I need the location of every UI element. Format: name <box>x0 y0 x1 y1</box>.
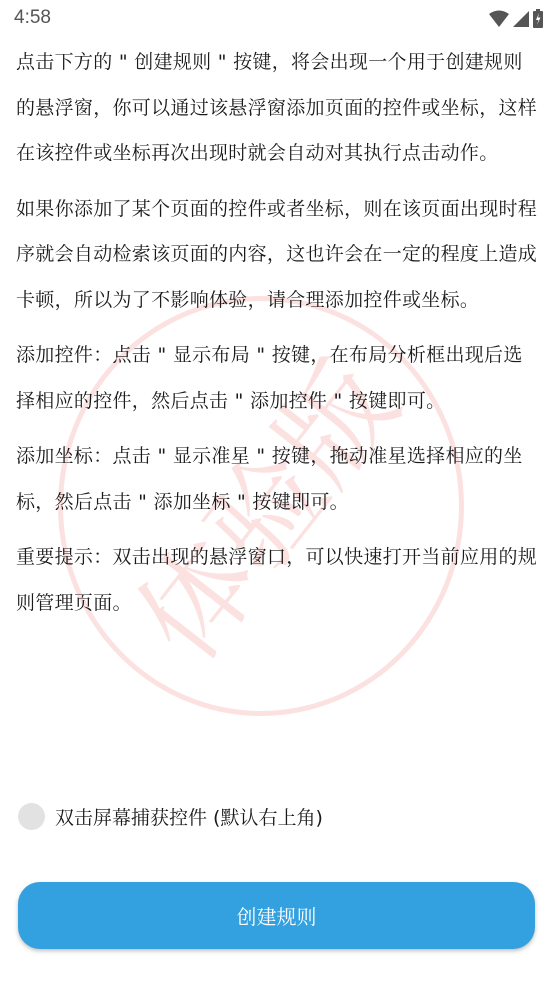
instruction-paragraph-add-control: 添加控件：点击 " 显示布局 " 按键，在布局分析框出现后选择相应的控件，然后点… <box>16 333 540 424</box>
radio-circle-icon[interactable] <box>18 803 45 830</box>
status-bar: 4:58 <box>0 0 553 38</box>
toggle-label: 双击屏幕捕获控件 (默认右上角) <box>55 803 323 830</box>
status-time: 4:58 <box>14 7 51 29</box>
wifi-icon <box>489 10 509 27</box>
instruction-paragraph-performance: 如果你添加了某个页面的控件或者坐标，则在该页面出现时程序就会自动检索该页面的内容… <box>16 187 540 324</box>
battery-charging-icon <box>533 9 543 28</box>
create-rule-button[interactable]: 创建规则 <box>18 882 535 949</box>
signal-icon <box>513 11 529 27</box>
instruction-paragraph-intro: 点击下方的 " 创建规则 " 按键，将会出现一个用于创建规则的悬浮窗，你可以通过… <box>16 40 540 177</box>
instructions-content: 点击下方的 " 创建规则 " 按键，将会出现一个用于创建规则的悬浮窗，你可以通过… <box>16 40 540 636</box>
status-icons <box>489 9 543 28</box>
instruction-paragraph-tip: 重要提示：双击出现的悬浮窗口，可以快速打开当前应用的规则管理页面。 <box>16 535 540 626</box>
instruction-paragraph-add-coordinate: 添加坐标：点击 " 显示准星 " 按键，拖动准星选择相应的坐标，然后点击 " 添… <box>16 434 540 525</box>
double-tap-capture-toggle[interactable]: 双击屏幕捕获控件 (默认右上角) <box>18 803 323 830</box>
